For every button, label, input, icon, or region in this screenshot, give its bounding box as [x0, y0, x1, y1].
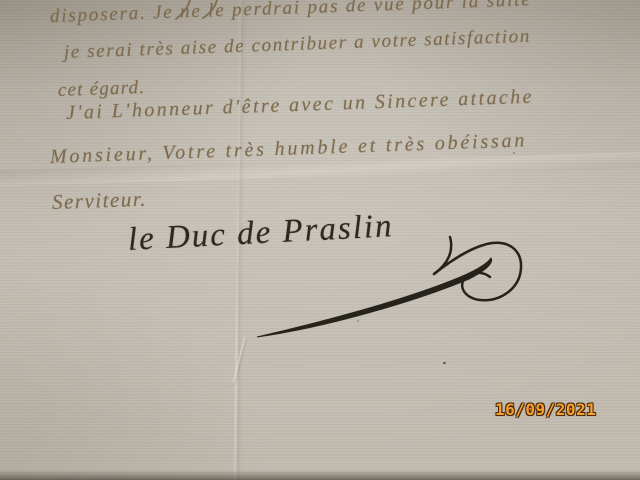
letter-photograph: disposera. Je ne le perdrai pas de vue p…: [0, 0, 640, 480]
manuscript-line-3: cet égard.: [58, 77, 146, 102]
manuscript-line-2: je serai très aise de contribuer a votre…: [64, 26, 532, 64]
manuscript-line-1: disposera. Je ne le perdrai pas de vue p…: [50, 0, 532, 28]
signature-name: le Duc de Praslin: [127, 208, 394, 259]
manuscript-line-6: Serviteur.: [52, 187, 148, 215]
ink-speck: [443, 362, 446, 364]
camera-date-stamp: 16/09/2021: [495, 400, 596, 419]
ink-speck: [513, 152, 515, 154]
ink-speck: [357, 320, 359, 322]
